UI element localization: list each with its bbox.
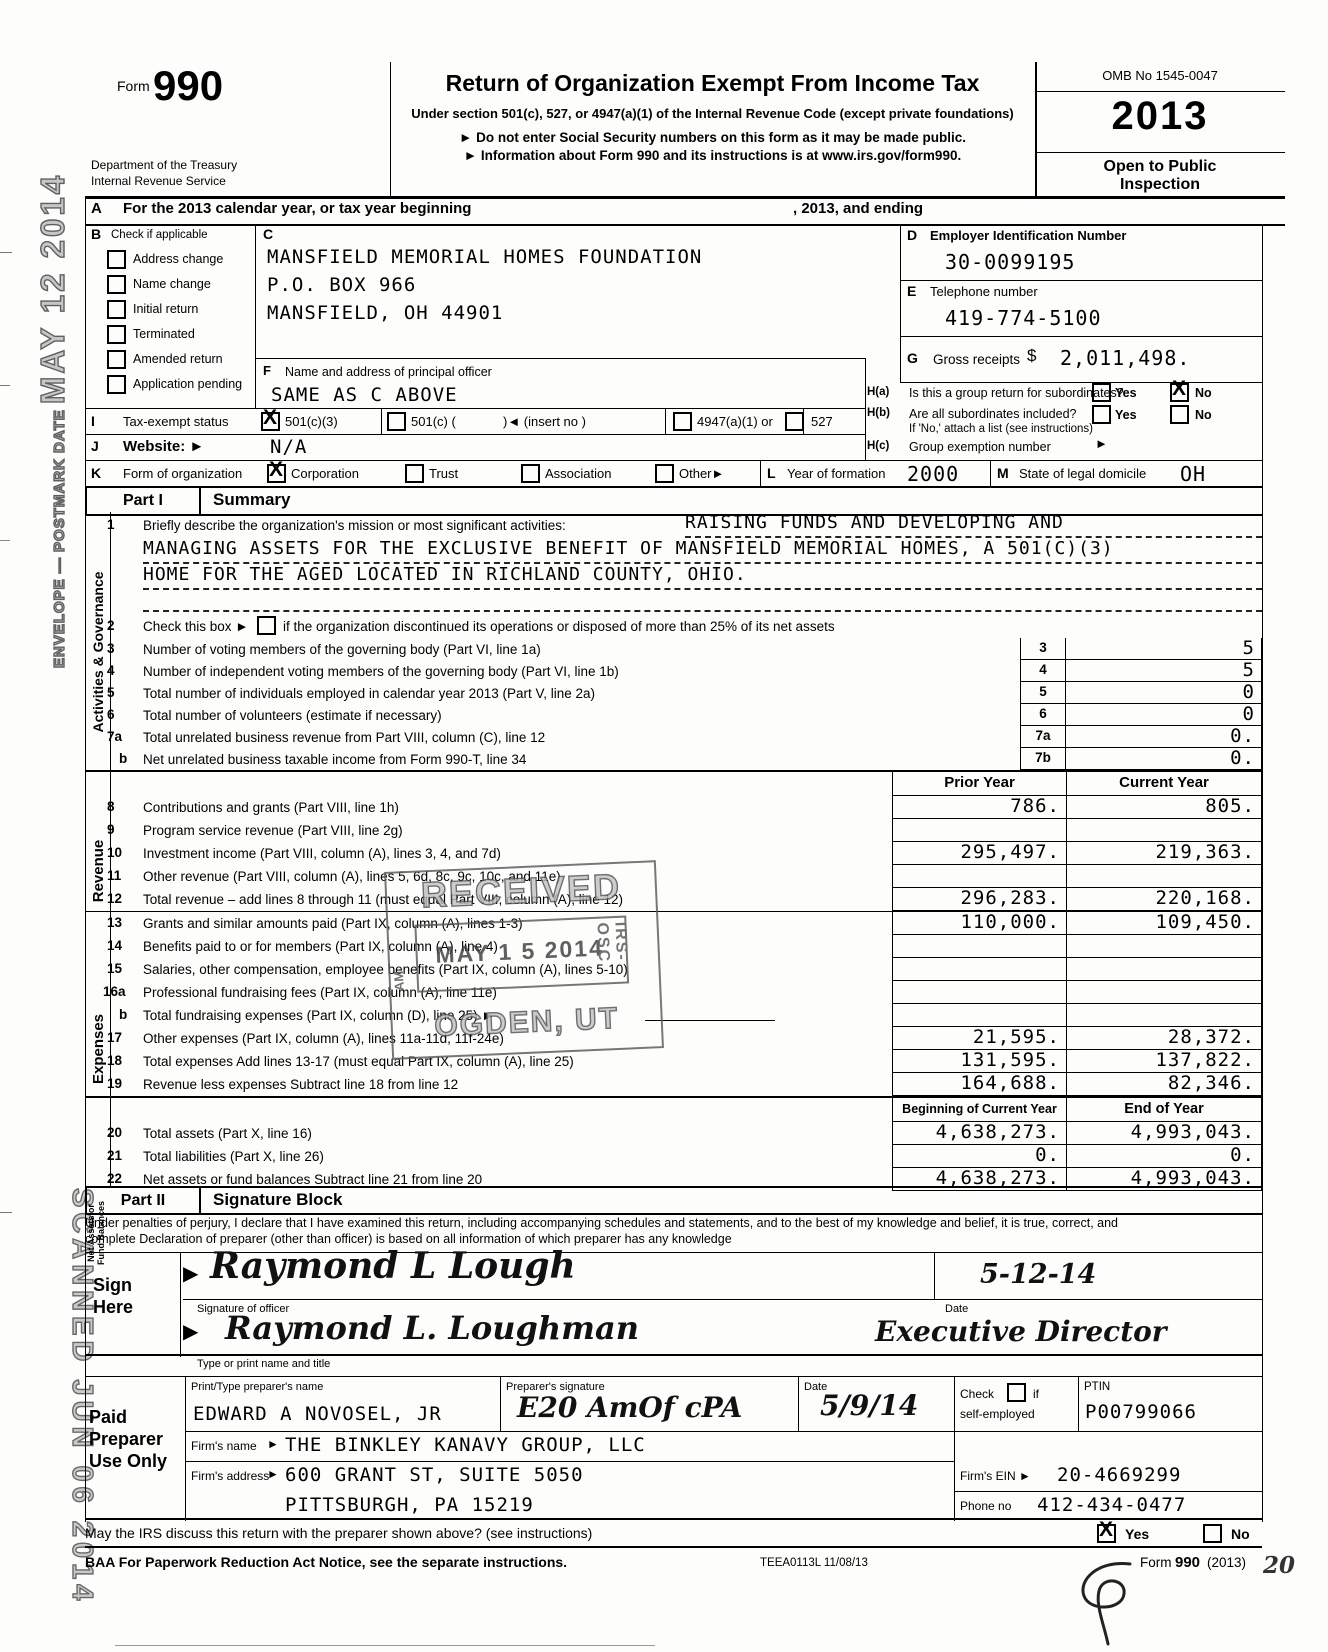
discuss-no-label: No	[1231, 1526, 1250, 1542]
hc-text: Group exemption number	[909, 440, 1051, 454]
revenue-line-11: 11 Other revenue (Part VIII, column (A),…	[85, 865, 1262, 888]
line-number: 11	[107, 868, 121, 883]
prior-value[interactable]	[892, 819, 1066, 842]
summary-line-5: 5 Total number of individuals employed i…	[85, 682, 1262, 704]
row-a-text: For the 2013 calendar year, or tax year …	[123, 200, 471, 217]
website-value: N/A	[270, 436, 307, 458]
line-label: Total number of volunteers (estimate if …	[143, 708, 442, 723]
firm-name[interactable]: THE BINKLEY KANAVY GROUP, LLC	[285, 1434, 646, 1456]
mission-field-4[interactable]	[143, 590, 1262, 612]
status-501c3-checkmark: X	[263, 407, 277, 428]
sec-c-letter: C	[263, 226, 273, 242]
summary-line-4: 4 Number of independent voting members o…	[85, 660, 1262, 682]
line-number: 17	[107, 1030, 122, 1045]
principal-officer-label: Name and address of principal officer	[285, 365, 492, 379]
sec-b-title: Check if applicable	[111, 229, 208, 241]
prior-value[interactable]	[892, 981, 1066, 1004]
line-number: 10	[107, 845, 122, 860]
status-4947-checkbox[interactable]	[673, 412, 692, 431]
prior-value[interactable]	[892, 865, 1066, 888]
beginning-year-header: Beginning of Current Year	[892, 1098, 1066, 1122]
e-g-divider	[900, 336, 1262, 337]
status-501c-checkbox[interactable]	[387, 412, 406, 431]
preparer-date[interactable]: 5/9/14	[820, 1389, 918, 1422]
form-subtitle: Under section 501(c), 527, or 4947(a)(1)…	[390, 106, 1035, 121]
end-year-header: End of Year	[1066, 1098, 1262, 1122]
k-l-divider	[760, 460, 761, 486]
part2-bar: Part II Signature Block	[85, 1186, 1262, 1215]
paid-label-3: Use Only	[89, 1451, 167, 1472]
prior-value[interactable]: 786.	[892, 796, 1066, 819]
prior-year-header: Prior Year	[892, 772, 1066, 796]
line-label: Contributions and grants (Part VIII, lin…	[143, 800, 399, 815]
line2-post: if the organization discontinued its ope…	[283, 619, 835, 634]
line-number: 18	[107, 1053, 122, 1068]
ha-letter: H(a)	[867, 386, 889, 398]
line-label: Revenue less expenses Subtract line 18 f…	[143, 1077, 458, 1092]
line-label: Total number of individuals employed in …	[143, 686, 595, 701]
mission-field-1[interactable]: RAISING FUNDS AND DEVELOPING AND	[685, 512, 1262, 538]
summary-line-7b: b Net unrelated business taxable income …	[85, 748, 1262, 770]
received-stamp-irs-osc: IRS-OSC	[592, 921, 630, 963]
association-checkbox[interactable]	[521, 464, 540, 483]
row-tax-exempt: I Tax-exempt status X 501(c)(3) 501(c) (…	[85, 408, 1262, 434]
omb-number: OMB No 1545-0047	[1035, 68, 1285, 83]
revenue-line-9: 9 Program service revenue (Part VIII, li…	[85, 819, 1262, 842]
current-value[interactable]: 805.	[1066, 796, 1262, 819]
gross-receipts-value: 2,011,498.	[1060, 346, 1190, 370]
org-address-line2: MANSFIELD, OH 44901	[267, 302, 503, 324]
prior-value[interactable]: 295,497.	[892, 842, 1066, 865]
mission-row-1: 1 Briefly describe the organization's mi…	[85, 512, 1262, 538]
line-number: 13	[107, 915, 122, 930]
line-value[interactable]: 5	[1066, 660, 1262, 682]
firm-address-2[interactable]: PITTSBURGH, PA 15219	[285, 1494, 534, 1516]
firm-address-label: Firm's address	[191, 1469, 269, 1483]
ha-yes-checkbox[interactable]	[1092, 383, 1111, 402]
net-line-21: 21 Total liabilities (Part X, line 26) 0…	[85, 1145, 1262, 1168]
other-checkbox[interactable]	[655, 464, 674, 483]
discuss-text: May the IRS discuss this return with the…	[85, 1525, 592, 1541]
sign-arrow-1: ▶	[183, 1261, 198, 1286]
row-a-letter: A	[91, 200, 102, 217]
line-label: Net assets or fund balances Subtract lin…	[143, 1172, 482, 1187]
sec-g-letter: G	[907, 350, 918, 366]
part2-title: Signature Block	[213, 1190, 342, 1210]
line2-pre: Check this box ►	[143, 619, 249, 634]
line-number: 6	[107, 707, 115, 722]
sign-block: Sign Here ▶ Raymond L Lough Signature of…	[85, 1252, 1262, 1356]
mission-row-4	[85, 590, 1262, 614]
scan-artifact	[0, 385, 10, 386]
terminated-label: Terminated	[133, 327, 195, 341]
row-i-top	[85, 408, 865, 409]
line-value[interactable]: 0.	[1066, 726, 1262, 748]
line-value[interactable]: 0.	[1066, 748, 1262, 770]
self-employed-checkbox[interactable]	[1007, 1383, 1026, 1402]
scan-artifact	[0, 1212, 12, 1213]
received-stamp-title: RECEIVED	[386, 864, 656, 918]
line-number: 5	[107, 685, 115, 700]
amended-return-checkbox[interactable]	[107, 350, 126, 369]
end-value[interactable]: 0.	[1066, 1145, 1262, 1168]
gross-receipts-label: Gross receipts	[933, 352, 1020, 367]
initial-return-label: Initial return	[133, 302, 198, 316]
phone-no-label: Phone no	[960, 1499, 1011, 1513]
ha-no-label: No	[1195, 386, 1212, 400]
preparer-name[interactable]: EDWARD A NOVOSEL, JR	[193, 1403, 442, 1425]
dept-irs: Internal Revenue Service	[91, 174, 226, 188]
hc-letter: H(c)	[867, 440, 889, 452]
balance-columns-header: Beginning of Current Year End of Year	[85, 1096, 1262, 1122]
perjury-line-2: complete Declaration of preparer (other …	[85, 1232, 732, 1246]
f-h-divider	[865, 358, 866, 408]
line-number: 21	[107, 1148, 122, 1163]
preparer-signature[interactable]: E20 AmOf cPA	[517, 1391, 742, 1424]
current-value[interactable]	[1066, 819, 1262, 842]
expense-line-14: 14 Benefits paid to or for members (Part…	[85, 935, 1262, 958]
line-number: b	[119, 751, 127, 766]
address-change-checkbox[interactable]	[107, 250, 126, 269]
status-4947-label: 4947(a)(1) or	[697, 414, 773, 429]
sec-d-letter: D	[907, 227, 917, 243]
sign-date-label: Date	[945, 1303, 968, 1315]
firm-name-label: Firm's name	[191, 1439, 257, 1453]
line-number: 19	[107, 1076, 122, 1091]
line-number: 16a	[103, 984, 126, 999]
discuss-yes-checkmark: X	[1099, 1519, 1113, 1540]
prior-value[interactable]: 21,595.	[892, 1027, 1066, 1050]
phone-no-value[interactable]: 412-434-0477	[1037, 1494, 1186, 1516]
current-value[interactable]	[1066, 958, 1262, 981]
status-527-checkbox[interactable]	[785, 412, 804, 431]
firm-address-arrow: ►	[267, 1467, 279, 1481]
expense-line-16b: b Total fundraising expenses (Part IX, c…	[85, 1004, 1262, 1027]
postmark-label: ENVELOPE — POSTMARK DATE	[51, 404, 68, 668]
sign-label-1: Sign	[93, 1275, 132, 1296]
year-formation-value: 2000	[907, 462, 959, 486]
line-number: 22	[107, 1171, 122, 1186]
part1-title: Summary	[213, 490, 290, 510]
line-box: 7a	[1020, 726, 1066, 748]
org-name: MANSFIELD MEMORIAL HOMES FOUNDATION	[267, 246, 702, 268]
line-number: 3	[107, 641, 115, 656]
signature-line	[183, 1299, 1262, 1300]
current-value[interactable]	[1066, 935, 1262, 958]
officer-date[interactable]: 5-12-14	[980, 1259, 1096, 1290]
line-box: 6	[1020, 704, 1066, 726]
pen-mark-20: 20	[1263, 1552, 1295, 1579]
firm-name-underline	[185, 1461, 954, 1462]
scan-artifact	[0, 540, 10, 541]
preparer-cell-divider	[798, 1377, 799, 1431]
ein-row-line	[954, 1491, 1262, 1492]
line-value[interactable]: 0	[1066, 704, 1262, 726]
d-e-divider	[900, 280, 1262, 281]
firm-address-1[interactable]: 600 GRANT ST, SUITE 5050	[285, 1464, 584, 1486]
prior-value[interactable]: 110,000.	[892, 912, 1066, 935]
form-number: 990	[153, 62, 223, 110]
type-print-label: Type or print name and title	[197, 1358, 330, 1370]
corporation-checkbox[interactable]: X	[267, 464, 286, 483]
current-value[interactable]	[1066, 981, 1262, 1004]
amended-return-label: Amended return	[133, 352, 223, 366]
line-box: 3	[1020, 638, 1066, 660]
name-change-label: Name change	[133, 277, 211, 291]
i-cell-divider	[665, 408, 666, 434]
omb-underline	[1035, 91, 1285, 92]
current-value[interactable]: 220,168.	[1066, 888, 1262, 911]
officer-signature[interactable]: Raymond L Lough	[210, 1245, 576, 1287]
domicile-value: OH	[1180, 462, 1206, 486]
check-if-label: if	[1033, 1387, 1039, 1401]
pen-flourish	[1060, 1558, 1180, 1648]
received-stamp-am: AM	[391, 971, 407, 992]
beginning-value[interactable]: 4,638,273.	[892, 1122, 1066, 1145]
domicile-label: State of legal domicile	[1019, 466, 1146, 481]
b-c-divider	[255, 224, 256, 408]
year-formation-label: Year of formation	[787, 466, 886, 481]
footer-form-year: (2013)	[1207, 1555, 1246, 1570]
line-number: 4	[107, 663, 115, 678]
l-m-divider	[990, 460, 991, 486]
line2-row: 2 Check this box ► if the organization d…	[85, 614, 1262, 638]
line-number: 14	[107, 938, 122, 953]
line-label: Total unrelated business revenue from Pa…	[143, 730, 545, 745]
summary-line-3: 3 Number of voting members of the govern…	[85, 638, 1262, 660]
principal-officer-value: SAME AS C ABOVE	[271, 384, 458, 406]
discuss-yes-checkbox[interactable]: X	[1097, 1524, 1116, 1543]
sign-label-2: Here	[93, 1297, 133, 1318]
phone-value: 419-774-5100	[945, 306, 1102, 330]
row-m-letter: M	[997, 465, 1009, 481]
preparer-cell-divider	[1078, 1377, 1079, 1431]
website-label: Website: ►	[123, 438, 204, 455]
check-label: Check	[960, 1387, 994, 1401]
application-pending-label: Application pending	[133, 377, 242, 391]
open-public-2: Inspection	[1035, 176, 1285, 194]
initial-return-checkbox[interactable]	[107, 300, 126, 319]
paid-label-2: Preparer	[89, 1429, 163, 1450]
sec-f-letter: F	[263, 363, 271, 378]
current-value[interactable]	[1066, 865, 1262, 888]
dollar-sign: $	[1027, 346, 1036, 366]
form-header: Form 990 Department of the Treasury Inte…	[85, 62, 1285, 199]
form-word: Form	[117, 78, 150, 94]
postmark-date: MAY 12 2014	[34, 173, 71, 404]
scan-artifact	[115, 1645, 655, 1646]
form-right-edge	[1262, 224, 1263, 1522]
ha-yes-label: Yes	[1115, 386, 1137, 400]
expense-line-15: 15 Salaries, other compensation, employe…	[85, 958, 1262, 981]
preparer-cell-divider	[954, 1377, 955, 1521]
dept-treasury: Department of the Treasury	[91, 158, 237, 172]
mission-field-3[interactable]: HOME FOR THE AGED LOCATED IN RICHLAND CO…	[143, 564, 1262, 590]
sec-b-letter: B	[91, 226, 101, 242]
address-change-label: Address change	[133, 252, 223, 266]
beginning-value[interactable]: 0.	[892, 1145, 1066, 1168]
current-value[interactable]: 28,372.	[1066, 1027, 1262, 1050]
prior-value	[892, 1004, 1066, 1027]
other-label: Other►	[679, 466, 724, 481]
prior-value[interactable]: 296,283.	[892, 888, 1066, 911]
line-label: Total assets (Part X, line 16)	[143, 1126, 312, 1141]
part2-label: Part II	[85, 1188, 201, 1213]
current-value[interactable]: 219,363.	[1066, 842, 1262, 865]
line-label: Number of independent voting members of …	[143, 664, 619, 679]
line-number: 12	[107, 891, 122, 906]
row-a: A For the 2013 calendar year, or tax yea…	[85, 196, 1285, 226]
open-public-1: Open to Public	[1035, 158, 1285, 176]
postmark-stamp: ENVELOPE — POSTMARK DATE MAY 12 2014	[34, 173, 72, 668]
scan-artifact	[0, 252, 12, 253]
ha-no-checkmark: X	[1172, 378, 1186, 399]
line1-label: Briefly describe the organization's miss…	[143, 518, 566, 533]
received-stamp: RECEIVED MAY 1 5 2014 AM IRS-OSC OGDEN, …	[384, 860, 664, 1060]
expense-line-13: 13 Grants and similar amounts paid (Part…	[85, 911, 1262, 935]
summary-line-7a: 7a Total unrelated business revenue from…	[85, 726, 1262, 748]
end-value[interactable]: 4,993,043.	[1066, 1122, 1262, 1145]
row-l-letter: L	[767, 465, 776, 481]
current-value	[1066, 1004, 1262, 1027]
g-h-divider	[900, 382, 1262, 383]
sign-col-divider	[180, 1253, 181, 1357]
year-columns-header: Prior Year Current Year	[85, 770, 1262, 796]
mission-row-3: HOME FOR THE AGED LOCATED IN RICHLAND CO…	[85, 564, 1262, 590]
preparer-row1-line	[185, 1431, 1262, 1432]
org-form-label: Form of organization	[123, 466, 242, 481]
line-label: Investment income (Part VIII, column (A)…	[143, 846, 501, 861]
prior-value[interactable]	[892, 958, 1066, 981]
c-d-divider	[900, 224, 901, 382]
date-col-divider	[934, 1253, 935, 1299]
mission-text-3: HOME FOR THE AGED LOCATED IN RICHLAND CO…	[143, 564, 747, 585]
sec-e-letter: E	[907, 283, 916, 299]
summary-section: 1 Briefly describe the organization's mi…	[85, 512, 1262, 1191]
baa-notice: BAA For Paperwork Reduction Act Notice, …	[85, 1554, 567, 1570]
status-527-label: 527	[811, 414, 833, 429]
phone-label: Telephone number	[930, 284, 1038, 299]
line-number: 9	[107, 822, 115, 837]
prior-value[interactable]	[892, 935, 1066, 958]
form-990-page: ENVELOPE — POSTMARK DATE MAY 12 2014 SCA…	[0, 0, 1328, 1652]
sign-arrow-2: ▶	[183, 1319, 198, 1344]
perjury-line-1: Under penalties of perjury, I declare th…	[85, 1216, 1118, 1230]
corporation-label: Corporation	[291, 466, 359, 481]
line-label: Program service revenue (Part VIII, line…	[143, 823, 403, 838]
preparer-col-divider	[185, 1377, 186, 1521]
firm-ein-value[interactable]: 20-4669299	[1057, 1464, 1181, 1486]
discuss-no-checkbox[interactable]	[1203, 1524, 1222, 1543]
net-line-20: 20 Total assets (Part X, line 16) 4,638,…	[85, 1122, 1262, 1145]
i-cell-divider	[381, 408, 382, 434]
application-pending-checkbox[interactable]	[107, 375, 126, 394]
ein-label: Employer Identification Number	[930, 228, 1126, 243]
line-label: Net unrelated business taxable income fr…	[143, 752, 526, 767]
row-a-ending: , 2013, and ending	[793, 200, 923, 217]
preparer-cell-divider	[500, 1377, 501, 1431]
mission-row-2: MANAGING ASSETS FOR THE EXCLUSIVE BENEFI…	[85, 538, 1262, 564]
tax-year: 2013	[1035, 94, 1285, 139]
hc-arrow: ►	[1095, 436, 1108, 451]
discontinued-checkbox[interactable]	[257, 616, 276, 635]
status-501c-label: 501(c) (	[411, 414, 456, 429]
mission-text-2: MANAGING ASSETS FOR THE EXCLUSIVE BENEFI…	[143, 538, 1114, 559]
trust-label: Trust	[429, 466, 458, 481]
terminated-checkbox[interactable]	[107, 325, 126, 344]
line-number: 8	[107, 799, 115, 814]
line-label: Total liabilities (Part X, line 26)	[143, 1149, 324, 1164]
f-top-border	[255, 358, 865, 359]
org-address-line1: P.O. BOX 966	[267, 274, 416, 296]
officer-title[interactable]: Executive Director	[875, 1315, 1167, 1348]
corporation-checkmark: X	[269, 459, 283, 480]
line2-number: 2	[107, 618, 115, 633]
received-stamp-city: OGDEN, UT	[392, 1000, 661, 1046]
mission-text-1: RAISING FUNDS AND DEVELOPING AND	[685, 512, 1064, 533]
line-number: b	[119, 1007, 127, 1022]
row-j-letter: J	[91, 438, 99, 454]
discuss-yes-label: Yes	[1125, 1526, 1149, 1542]
status-501c3-label: 501(c)(3)	[285, 414, 338, 429]
row-organization: K Form of organization X Corporation Tru…	[85, 460, 1262, 486]
expense-line-17: 17 Other expenses (Part IX, column (A), …	[85, 1027, 1262, 1050]
status-501c-insert: )◄ (insert no )	[503, 414, 586, 429]
officer-printed-name[interactable]: Raymond L. Loughman	[225, 1309, 639, 1347]
preparer-name-label: Print/Type preparer's name	[191, 1381, 323, 1393]
prior-value[interactable]: 131,595.	[892, 1050, 1066, 1073]
ha-no-checkbox[interactable]: X	[1170, 383, 1189, 402]
line-label: Number of voting members of the governin…	[143, 642, 541, 657]
prior-value[interactable]: 164,688.	[892, 1073, 1066, 1096]
line-number: 7a	[107, 729, 122, 744]
entity-section: B Check if applicable Address change Nam…	[85, 224, 1262, 408]
line-box: 7b	[1020, 748, 1066, 770]
expense-line-16a: 16a Professional fundraising fees (Part …	[85, 981, 1262, 1004]
self-employed-label: self-employed	[960, 1407, 1035, 1421]
line1-number: 1	[107, 517, 115, 532]
association-label: Association	[545, 466, 611, 481]
current-year-header: Current Year	[1066, 772, 1262, 796]
line-value[interactable]: 5	[1066, 638, 1262, 660]
line-value[interactable]: 0	[1066, 682, 1262, 704]
mission-field-2[interactable]: MANAGING ASSETS FOR THE EXCLUSIVE BENEFI…	[143, 538, 1262, 564]
ptin-value[interactable]: P00799066	[1085, 1401, 1197, 1423]
fundraising-total-field[interactable]	[645, 1020, 775, 1021]
ein-value: 30-0099195	[945, 250, 1075, 274]
row-i-letter: I	[91, 413, 95, 429]
part1-label: Part I	[85, 488, 201, 514]
revenue-line-8: 8 Contributions and grants (Part VIII, l…	[85, 796, 1262, 819]
status-501c3-checkbox[interactable]: X	[261, 412, 280, 431]
line-label: Total expenses Add lines 13-17 (must equ…	[143, 1054, 574, 1069]
current-value[interactable]: 109,450.	[1066, 912, 1262, 935]
ptin-label: PTIN	[1084, 1381, 1110, 1393]
name-change-checkbox[interactable]	[107, 275, 126, 294]
current-value[interactable]: 137,822.	[1066, 1050, 1262, 1073]
footer-code: TEEA0113L 11/08/13	[760, 1557, 868, 1569]
expense-line-19: 19 Revenue less expenses Subtract line 1…	[85, 1073, 1262, 1096]
paid-label-1: Paid	[89, 1407, 127, 1428]
current-value[interactable]: 82,346.	[1066, 1073, 1262, 1096]
line-number: 20	[107, 1125, 122, 1140]
form-title: Return of Organization Exempt From Incom…	[390, 70, 1035, 97]
expense-line-18: 18 Total expenses Add lines 13-17 (must …	[85, 1050, 1262, 1073]
revenue-line-12: 12 Total revenue – add lines 8 through 1…	[85, 888, 1262, 911]
row-k-letter: K	[91, 465, 101, 481]
firm-ein-label: Firm's EIN ►	[960, 1469, 1031, 1483]
trust-checkbox[interactable]	[405, 464, 424, 483]
